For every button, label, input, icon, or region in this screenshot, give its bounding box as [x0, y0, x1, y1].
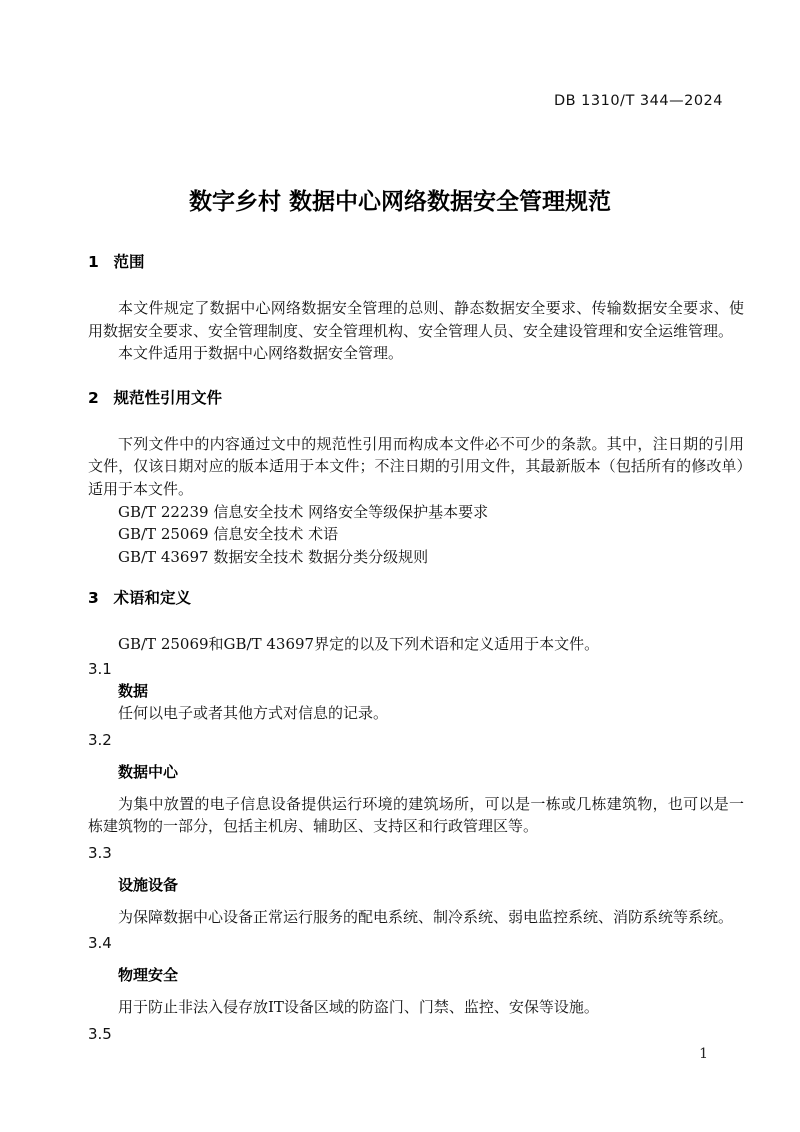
term-name: 设施设备: [118, 874, 744, 896]
term-definition: 用于防止非法入侵存放IT设备区域的防盗门、门禁、监控、安保等设施。: [88, 996, 744, 1019]
term-name: 数据中心: [118, 761, 744, 783]
term-definition: 为保障数据中心设备正常运行服务的配电系统、制冷系统、弱电监控系统、消防系统等系统…: [88, 906, 744, 929]
term-number: 3.2: [88, 729, 744, 751]
section-heading-scope: 1范围: [88, 253, 744, 271]
term-name: 物理安全: [118, 964, 744, 986]
section-number: 1: [88, 253, 99, 271]
term-number: 3.4: [88, 932, 744, 954]
reference-item: GB/T 43697 数据安全技术 数据分类分级规则: [88, 546, 744, 569]
term-definition: 任何以电子或者其他方式对信息的记录。: [88, 702, 744, 725]
document-content: 1范围 本文件规定了数据中心网络数据安全管理的总则、静态数据安全要求、传输数据安…: [88, 0, 744, 1045]
term-entry-3-2: 3.2 数据中心 为集中放置的电子信息设备提供运行环境的建筑场所，可以是一栋或几…: [88, 729, 744, 838]
document-page: DB 1310/T 344—2024 数字乡村 数据中心网络数据安全管理规范 1…: [0, 0, 800, 1132]
term-entry-3-4: 3.4 物理安全 用于防止非法入侵存放IT设备区域的防盗门、门禁、监控、安保等设…: [88, 932, 744, 1019]
reference-item: GB/T 25069 信息安全技术 术语: [88, 523, 744, 546]
term-entry-3-3: 3.3 设施设备 为保障数据中心设备正常运行服务的配电系统、制冷系统、弱电监控系…: [88, 842, 744, 929]
term-number: 3.5: [88, 1023, 744, 1045]
section-heading-terms: 3术语和定义: [88, 589, 744, 607]
terms-intro-paragraph: GB/T 25069和GB/T 43697界定的以及下列术语和定义适用于本文件。: [88, 633, 744, 656]
scope-paragraph-2: 本文件适用于数据中心网络数据安全管理。: [88, 342, 744, 365]
scope-paragraph-1: 本文件规定了数据中心网络数据安全管理的总则、静态数据安全要求、传输数据安全要求、…: [88, 297, 744, 342]
term-number: 3.3: [88, 842, 744, 864]
references-intro-paragraph: 下列文件中的内容通过文中的规范性引用而构成本文件必不可少的条款。其中，注日期的引…: [88, 433, 744, 501]
section-title: 规范性引用文件: [114, 389, 223, 407]
term-entry-3-1: 3.1 数据 任何以电子或者其他方式对信息的记录。: [88, 658, 744, 725]
term-definition: 为集中放置的电子信息设备提供运行环境的建筑场所，可以是一栋或几栋建筑物，也可以是…: [88, 793, 744, 838]
section-number: 3: [88, 589, 99, 607]
term-name: 数据: [118, 680, 744, 702]
section-title: 范围: [114, 253, 145, 271]
section-number: 2: [88, 389, 99, 407]
term-number: 3.1: [88, 658, 744, 680]
term-entry-3-5: 3.5: [88, 1023, 744, 1045]
section-title: 术语和定义: [114, 589, 192, 607]
reference-item: GB/T 22239 信息安全技术 网络安全等级保护基本要求: [88, 501, 744, 524]
page-number: 1: [699, 1046, 708, 1062]
section-heading-references: 2规范性引用文件: [88, 389, 744, 407]
